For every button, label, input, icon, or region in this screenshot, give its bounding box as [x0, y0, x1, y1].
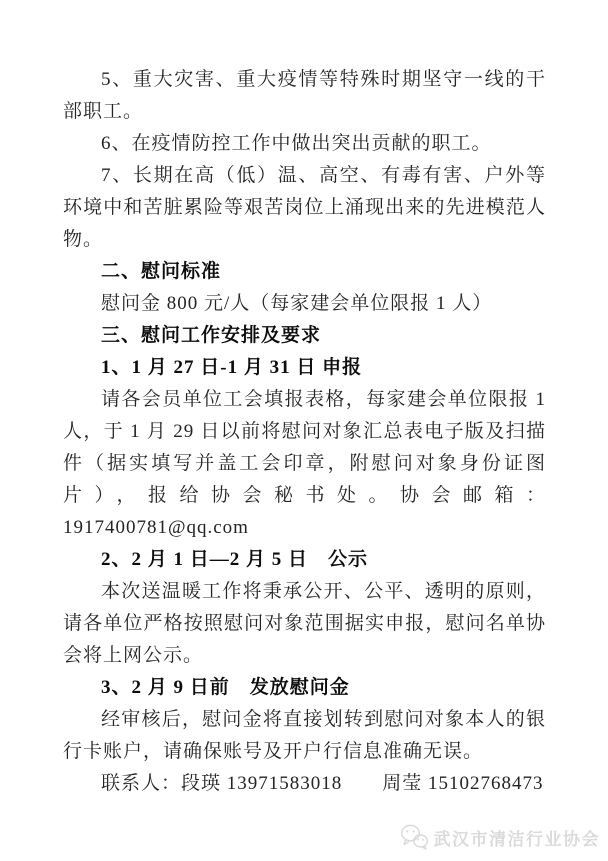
section-heading-standard: 二、慰问标准 — [63, 256, 546, 288]
clause-item-7: 7、长期在高（低）温、高空、有毒有害、户外等环境中和苦脏累险等艰苦岗位上涌现出来… — [63, 160, 546, 256]
contacts-line: 联系人：段瑛 13971583018 周莹 15102768473 — [63, 768, 546, 800]
standard-amount-text: 慰问金 800 元/人（每家建会单位限报 1 人） — [63, 288, 546, 320]
document-page: 5、重大灾害、重大疫情等特殊时期坚守一线的干部职工。 6、在疫情防控工作中做出突… — [0, 0, 608, 861]
step-2-heading: 2、2 月 1 日—2 月 5 日 公示 — [63, 544, 546, 576]
step-2-body: 本次送温暖工作将秉承公开、公平、透明的原则，请各单位严格按照慰问对象范围据实申报… — [63, 576, 546, 672]
step-3-body: 经审核后，慰问金将直接划转到慰问对象本人的银行卡账户，请确保账号及开户行信息准确… — [63, 704, 546, 768]
step-1-heading: 1、1 月 27 日-1 月 31 日 申报 — [63, 352, 546, 384]
clause-item-5: 5、重大灾害、重大疫情等特殊时期坚守一线的干部职工。 — [63, 64, 546, 128]
org-name: 武汉市清洁行业协会 — [434, 825, 601, 850]
clause-item-6: 6、在疫情防控工作中做出突出贡献的职工。 — [63, 128, 546, 160]
wechat-watermark: 武汉市清洁行业协会 — [399, 819, 601, 855]
step-3-heading: 3、2 月 9 日前 发放慰问金 — [63, 672, 546, 704]
section-heading-arrangement: 三、慰问工作安排及要求 — [63, 320, 546, 352]
step-1-body: 请各会员单位工会填报表格，每家建会单位限报 1 人，于 1 月 29 日以前将慰… — [63, 384, 546, 544]
document-body: 5、重大灾害、重大疫情等特殊时期坚守一线的干部职工。 6、在疫情防控工作中做出突… — [63, 64, 546, 800]
wechat-icon — [399, 823, 429, 851]
